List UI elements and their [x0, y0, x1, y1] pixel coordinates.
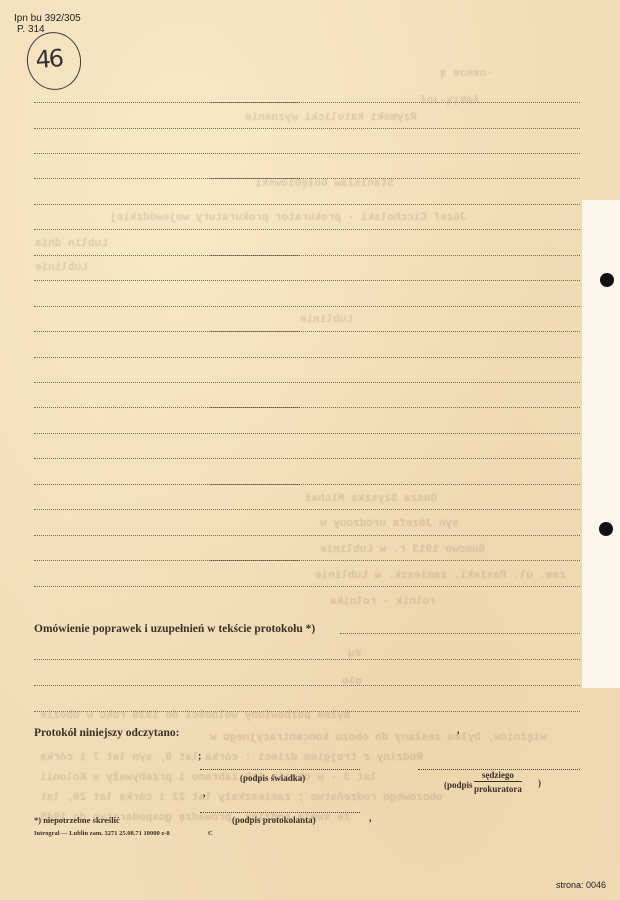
bleed-through-text: ·nɐʍɔɐ ʞ [440, 68, 493, 80]
ruled-line [34, 357, 580, 358]
ruled-line [34, 458, 580, 459]
read-aloud-label: Protokół niniejszy odczytano: [34, 727, 179, 739]
comma-mark: , [369, 813, 372, 824]
ruled-line [34, 685, 580, 686]
footnote: *) niepotrzebne skreślić [34, 815, 120, 825]
ruled-line [34, 102, 580, 103]
ruled-line [34, 153, 580, 154]
handwritten-number-text: 46 [35, 44, 63, 74]
ruled-line [34, 306, 580, 307]
comma-mark: , [203, 788, 206, 799]
punch-hole [599, 522, 613, 536]
official-signature-suffix: ) [538, 778, 541, 788]
bleed-through-text: ʎɯɐᴉʞ-ɹoʎ [420, 95, 479, 107]
printer-imprint: Introgral — Lublin zam. 3271 25.08.71 10… [34, 830, 170, 837]
bleed-through-text: zam. ul. Pasieki, zamieszk. w Lublinie [315, 570, 566, 582]
clerk-signature-line [200, 812, 360, 813]
bleed-through-text: oʇo [342, 676, 362, 688]
ruled-line [34, 331, 580, 332]
ruled-line [34, 178, 580, 179]
bleed-through-text: Lublinie [35, 262, 88, 274]
ruled-line [34, 484, 580, 485]
ruled-line [34, 382, 580, 383]
ruled-line [34, 407, 580, 408]
bleed-through-text: Lublinie [300, 314, 353, 326]
ruled-line [340, 633, 580, 634]
bleed-through-text: więźniów, byłem zesłany do obozu koncent… [210, 732, 547, 744]
bleed-through-text: obozowego rodzeństwo ; zamieszkały lat 2… [40, 792, 443, 804]
clerk-signature-label: (podpis protokolanta) [232, 815, 316, 825]
ruled-line [34, 560, 580, 561]
bleed-through-text: lat 3 - w obozie ich zabrano i przebywał… [40, 772, 377, 784]
ruled-line [34, 255, 580, 256]
ruled-line [34, 535, 580, 536]
ruled-line [34, 586, 580, 587]
bleed-through-text: Rodziny z trojgiem dzieci : córka lat 9,… [40, 752, 423, 764]
ruled-line [34, 229, 580, 230]
ruled-line [34, 433, 580, 434]
viewer-page-number: strona: 0046 [556, 880, 606, 890]
corrections-label: Omówienie poprawek i uzupełnień w tekści… [34, 623, 315, 635]
bleed-through-text: Gusza Szyszka Michał [305, 493, 437, 505]
bleed-through-text: Lublin dnia [35, 238, 108, 250]
ruled-line [34, 659, 580, 660]
scan-margin-strip [582, 200, 620, 688]
witness-signature-line [200, 769, 360, 770]
ruled-line [34, 509, 580, 510]
bleed-through-text: rolnik - rolnika [330, 596, 436, 608]
bleed-through-text: Rzymski katolicki wyznanie [245, 112, 417, 124]
official-signature-prefix: (podpis [444, 780, 473, 790]
witness-signature-label: (podpis świadka) [240, 773, 305, 783]
bleed-through-text: Gumowo 1913 r. w Lublinie [320, 544, 485, 556]
handwritten-page-number: 46 [22, 27, 87, 95]
ruled-line [34, 711, 580, 712]
role-judge: sędziego [474, 770, 522, 782]
ruled-line [34, 128, 580, 129]
ruled-line [34, 204, 580, 205]
bleed-through-text: Józef Ciccholski - prokurator prokuratur… [110, 212, 466, 224]
official-role-fraction: sędziego prokuratora [474, 770, 522, 794]
imprint-mark: C [208, 830, 213, 837]
bleed-through-text: syn Józefa urodzony w [320, 518, 459, 530]
comma-mark: , [457, 725, 460, 736]
role-prosecutor: prokuratora [474, 782, 522, 794]
archive-signature: Ipn bu 392/305 [14, 13, 81, 24]
bleed-through-text: Stanisław Gołębiowski [255, 178, 394, 190]
punch-hole [600, 273, 614, 287]
ruled-line [34, 280, 580, 281]
semicolon-mark: ; [198, 751, 201, 762]
document-page: Ipn bu 392/305 P. 314 46 ·nɐʍɔɐ ʞ ʎɯɐᴉʞ-… [0, 0, 620, 900]
